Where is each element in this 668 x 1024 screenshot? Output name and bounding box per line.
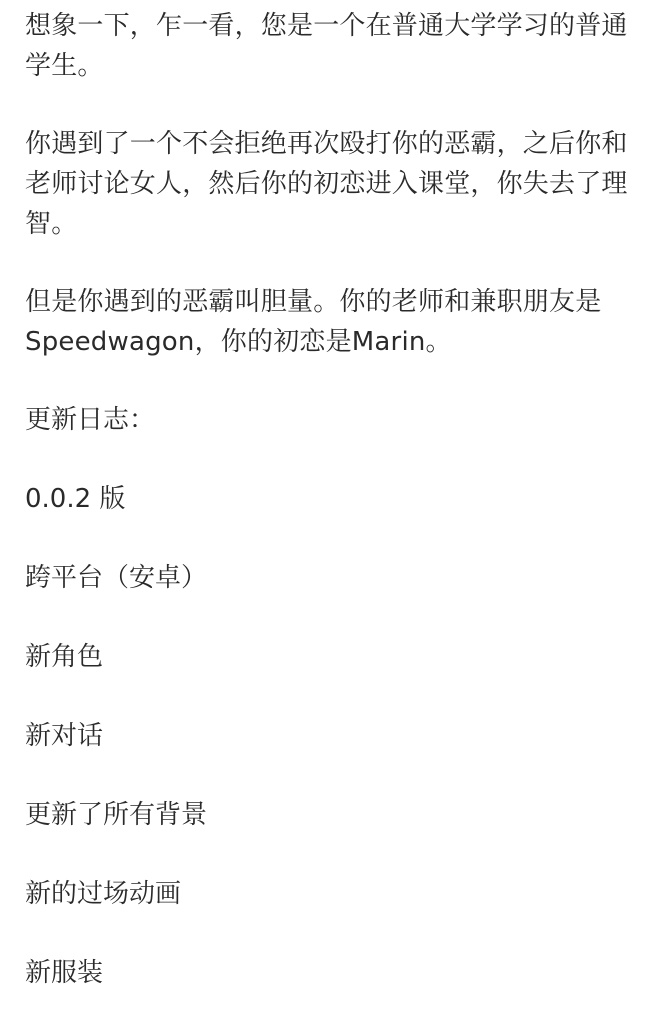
changelog-version: 0.0.2 版 — [25, 479, 645, 519]
characters-paragraph: 但是你遇到的恶霸叫胆量。你的老师和兼职朋友是Speedwagon，你的初恋是Ma… — [25, 282, 645, 362]
story-paragraph: 你遇到了一个不会拒绝再次殴打你的恶霸，之后你和老师讨论女人，然后你的初恋进入课堂… — [25, 124, 645, 244]
changelog-item: 新对话 — [25, 716, 645, 756]
changelog-item: 新的过场动画 — [25, 874, 645, 914]
changelog-item: 新角色 — [25, 637, 645, 677]
changelog-item: 新服装 — [25, 953, 645, 993]
changelog-section: 更新日志： 0.0.2 版 跨平台（安卓） 新角色 新对话 更新了所有背景 新的… — [25, 400, 645, 993]
changelog-heading: 更新日志： — [25, 400, 645, 440]
changelog-item: 跨平台（安卓） — [25, 558, 645, 598]
intro-paragraph: 想象一下，乍一看，您是一个在普通大学学习的普通学生。 — [25, 6, 645, 86]
document-body: 想象一下，乍一看，您是一个在普通大学学习的普通学生。 你遇到了一个不会拒绝再次殴… — [25, 6, 645, 1024]
changelog-item: 更新了所有背景 — [25, 795, 645, 835]
